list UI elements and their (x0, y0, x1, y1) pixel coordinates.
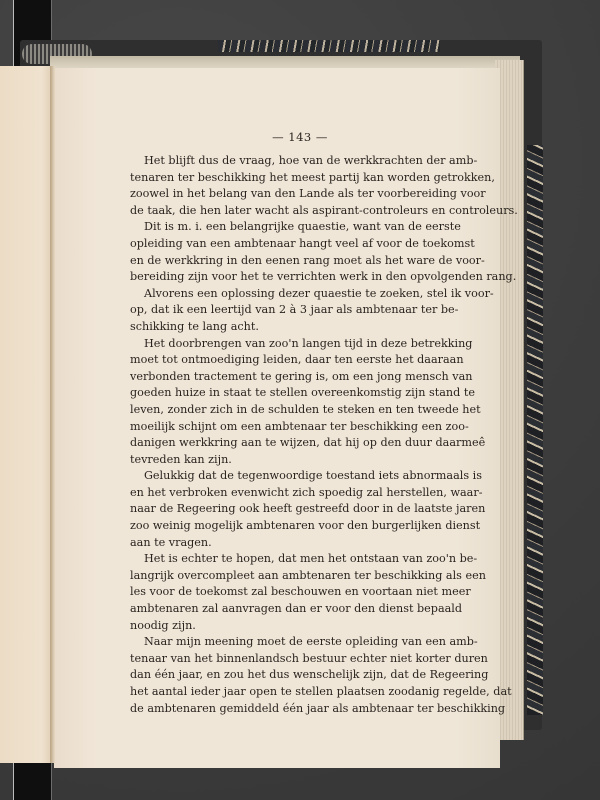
text-line: tenaren ter beschikking het meest partij… (116, 170, 404, 187)
text-line: Naar mijn meening moet de eerste opleidi… (116, 634, 404, 651)
paragraph: Naar mijn meening moet de eerste opleidi… (116, 634, 404, 717)
marbled-cover-right (527, 145, 543, 715)
text-line: Het is echter te hopen, dat men het onts… (116, 551, 404, 568)
text-line: zoo weinig mogelijk ambtenaren voor den … (116, 518, 404, 535)
paragraph: Het is echter te hopen, dat men het onts… (116, 551, 404, 634)
text-line: het aantal ieder jaar open te stellen pl… (116, 684, 404, 701)
text-line: de taak, die hen later wacht als aspiran… (116, 203, 404, 220)
text-line: goeden huize in staat te stellen overeen… (116, 385, 404, 402)
text-line: op, dat ik een leertijd van 2 à 3 jaar a… (116, 302, 404, 319)
text-line: verbonden tractement te gering is, om ee… (116, 369, 404, 386)
text-line: dan één jaar, en zou het dus wenschelijk… (116, 667, 404, 684)
text-line: Gelukkig dat de tegenwoordige toestand i… (116, 468, 404, 485)
page-number: — 143 — (0, 130, 600, 144)
text-line: en het verbroken evenwicht zich spoedig … (116, 485, 404, 502)
marbled-cover-top (218, 40, 440, 52)
text-line: tevreden kan zijn. (116, 452, 404, 469)
text-line: danigen werkkring aan te wijzen, dat hij… (116, 435, 404, 452)
text-line: tenaar van het binnenlandsch bestuur ech… (116, 651, 404, 668)
paragraph: Dit is m. i. een belangrijke quaestie, w… (116, 219, 404, 285)
text-line: bereiding zijn voor het te verrichten we… (116, 269, 404, 286)
text-line: Dit is m. i. een belangrijke quaestie, w… (116, 219, 404, 236)
text-line: aan te vragen. (116, 535, 404, 552)
text-line: Het doorbrengen van zoo'n langen tijd in… (116, 336, 404, 353)
paragraph: Gelukkig dat de tegenwoordige toestand i… (116, 468, 404, 551)
text-line: les voor de toekomst zal beschouwen en v… (116, 584, 404, 601)
text-line: de ambtenaren gemiddeld één jaar als amb… (116, 701, 404, 718)
text-line: moet tot ontmoediging leiden, daar ten e… (116, 352, 404, 369)
paragraph: Het doorbrengen van zoo'n langen tijd in… (116, 336, 404, 469)
text-line: ambtenaren zal aanvragen dan er voor den… (116, 601, 404, 618)
text-line: schikking te lang acht. (116, 319, 404, 336)
body-text: Het blijft dus de vraag, hoe van de werk… (116, 153, 404, 717)
text-line: opleiding van een ambtenaar hangt veel a… (116, 236, 404, 253)
text-line: en de werkkring in den eenen rang moet a… (116, 253, 404, 270)
paragraph: Het blijft dus de vraag, hoe van de werk… (116, 153, 404, 219)
text-line: leven, zonder zich in de schulden te ste… (116, 402, 404, 419)
paragraph: Alvorens een oplossing dezer quaestie te… (116, 286, 404, 336)
text-line: moeilijk schijnt om een ambtenaar ter be… (116, 419, 404, 436)
text-line: Alvorens een oplossing dezer quaestie te… (116, 286, 404, 303)
book-gutter (50, 66, 55, 763)
text-line: naar de Regeering ook heeft gestreefd do… (116, 501, 404, 518)
text-line: Het blijft dus de vraag, hoe van de werk… (116, 153, 404, 170)
left-page (0, 66, 52, 763)
text-line: langrijk overcompleet aan ambtenaren ter… (116, 568, 404, 585)
text-line: noodig zijn. (116, 618, 404, 635)
text-line: zoowel in het belang van den Lande als t… (116, 186, 404, 203)
